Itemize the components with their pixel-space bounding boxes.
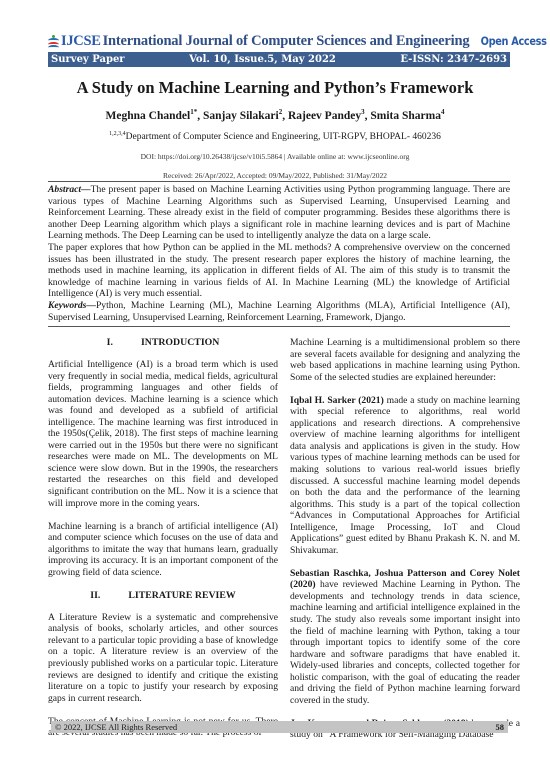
paper-type: Survey Paper [51,54,125,65]
study-sarker: Iqbal H. Sarker (2021) made a study on m… [290,395,520,557]
study-raschka: Sebastian Raschka, Joshua Patterson and … [290,568,520,707]
volume-issue: Vol. 10, Issue.5, May 2022 [189,54,336,65]
logo-waves-icon [48,35,60,48]
journal-logo: IJCSE [48,33,101,50]
author: Smita Sharma [370,110,441,122]
keywords-label: Keywords— [48,300,96,311]
keywords: Keywords—Python, Machine Learning (ML), … [48,300,510,323]
page-footer: © 2022, IJCSE All Rights Reserved 58 [51,721,508,733]
abstract-paragraph-1: Abstract—The present paper is based on M… [48,184,510,242]
author: Sanjay Silakari [203,110,279,122]
section-heading-literature-review: II.LITERATURE REVIEW [48,590,278,601]
doi-line[interactable]: DOI: https://doi.org/10.26438/ijcse/v10i… [0,152,550,161]
page-number: 58 [496,722,505,732]
section-heading-introduction: I.INTRODUCTION [48,337,278,348]
intro-paragraph-1: Artificial Intelligence (AI) is a broad … [48,359,278,509]
author: Rajeev Pandey [288,110,361,122]
paper-page: IJCSE International Journal of Computer … [0,0,550,777]
abstract-label: Abstract— [48,184,91,195]
journal-masthead: IJCSE International Journal of Computer … [48,33,510,49]
right-column: Machine Learning is a multidimensional p… [290,337,520,753]
affiliation: 1,2,3,4Department of Computer Science an… [0,131,550,142]
author: Meghna Chandel [106,110,191,122]
paper-title: A Study on Machine Learning and Python’s… [0,78,550,98]
author-list: Meghna Chandel1*, Sanjay Silakari2, Raje… [0,108,550,122]
right-paragraph-1: Machine Learning is a multidimensional p… [290,337,520,383]
logo-text: IJCSE [61,33,101,50]
intro-paragraph-2: Machine learning is a branch of artifici… [48,521,278,579]
issn: E-ISSN: 2347-2693 [400,54,507,65]
publication-dates: Received: 26/Apr/2022, Accepted: 09/May/… [0,171,550,180]
abstract-paragraph-2: The paper explores that how Python can b… [48,242,510,300]
journal-info-bar: Survey Paper Vol. 10, Issue.5, May 2022 … [48,52,510,67]
abstract-box: Abstract—The present paper is based on M… [48,181,510,327]
journal-name: International Journal of Computer Scienc… [103,33,470,50]
copyright: © 2022, IJCSE All Rights Reserved [55,722,177,732]
lit-paragraph-1: A Literature Review is a systematic and … [48,612,278,704]
open-access-label: Open Access [481,34,547,48]
left-column: I.INTRODUCTION Artificial Intelligence (… [48,337,278,750]
